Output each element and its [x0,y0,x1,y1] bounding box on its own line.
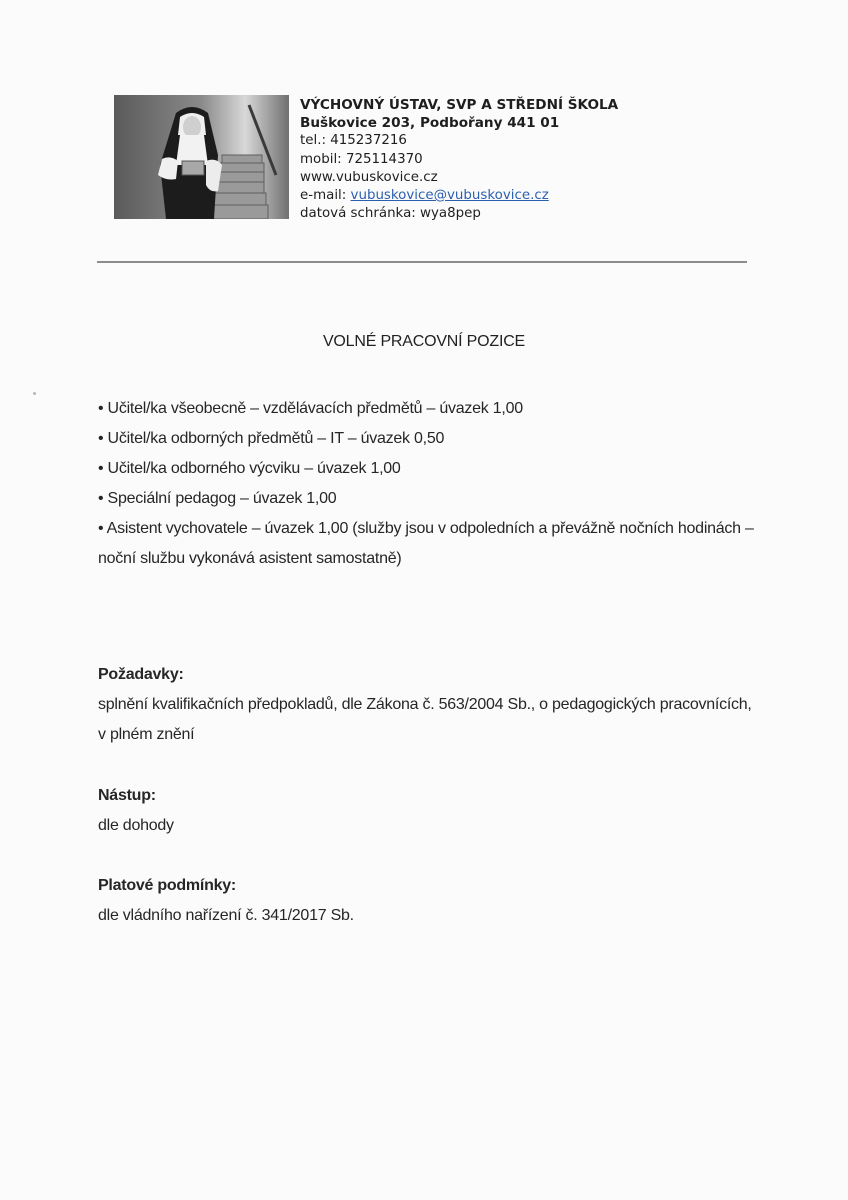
data-box-id: datová schránka: wya8pep [300,205,618,223]
document-page: VÝCHOVNÝ ÚSTAV, SVP A STŘEDNÍ ŠKOLA Bušk… [0,0,848,1200]
job-positions-list: • Učitel/ka všeobecně – vzdělávacích pře… [98,394,758,574]
institution-name: VÝCHOVNÝ ÚSTAV, SVP A STŘEDNÍ ŠKOLA [300,96,618,114]
salary-text: dle vládního nařízení č. 341/2017 Sb. [98,901,758,931]
list-item: • Učitel/ka odborných předmětů – IT – úv… [98,424,758,454]
header-separator [97,261,747,263]
page-title: VOLNÉ PRACOVNÍ POZICE [0,333,848,351]
requirements-text: splnění kvalifikačních předpokladů, dle … [98,690,758,750]
institution-contact-block: VÝCHOVNÝ ÚSTAV, SVP A STŘEDNÍ ŠKOLA Bušk… [300,96,618,223]
start-text: dle dohody [98,811,758,841]
requirements-section: Požadavky: splnění kvalifikačních předpo… [98,660,758,750]
list-item: • Učitel/ka všeobecně – vzdělávacích pře… [98,394,758,424]
salary-section: Platové podmínky: dle vládního nařízení … [98,871,758,931]
phone-number: tel.: 415237216 [300,132,618,150]
list-item: • Speciální pedagog – úvazek 1,00 [98,484,758,514]
list-item: • Asistent vychovatele – úvazek 1,00 (sl… [98,514,758,574]
email-label: e-mail: [300,188,351,203]
email-link[interactable]: vubuskovice@vubuskovice.cz [351,188,549,203]
start-label: Nástup: [98,781,758,811]
institution-logo-image [114,95,289,219]
start-section: Nástup: dle dohody [98,781,758,841]
nun-painting-icon [114,95,289,219]
requirements-label: Požadavky: [98,660,758,690]
list-item: • Učitel/ka odborného výcviku – úvazek 1… [98,454,758,484]
scan-speck [33,392,36,395]
website-link[interactable]: www.vubuskovice.cz [300,169,618,187]
email-row: e-mail: vubuskovice@vubuskovice.cz [300,187,618,205]
salary-label: Platové podmínky: [98,871,758,901]
mobile-number: mobil: 725114370 [300,151,618,169]
institution-address: Buškovice 203, Podbořany 441 01 [300,114,618,132]
